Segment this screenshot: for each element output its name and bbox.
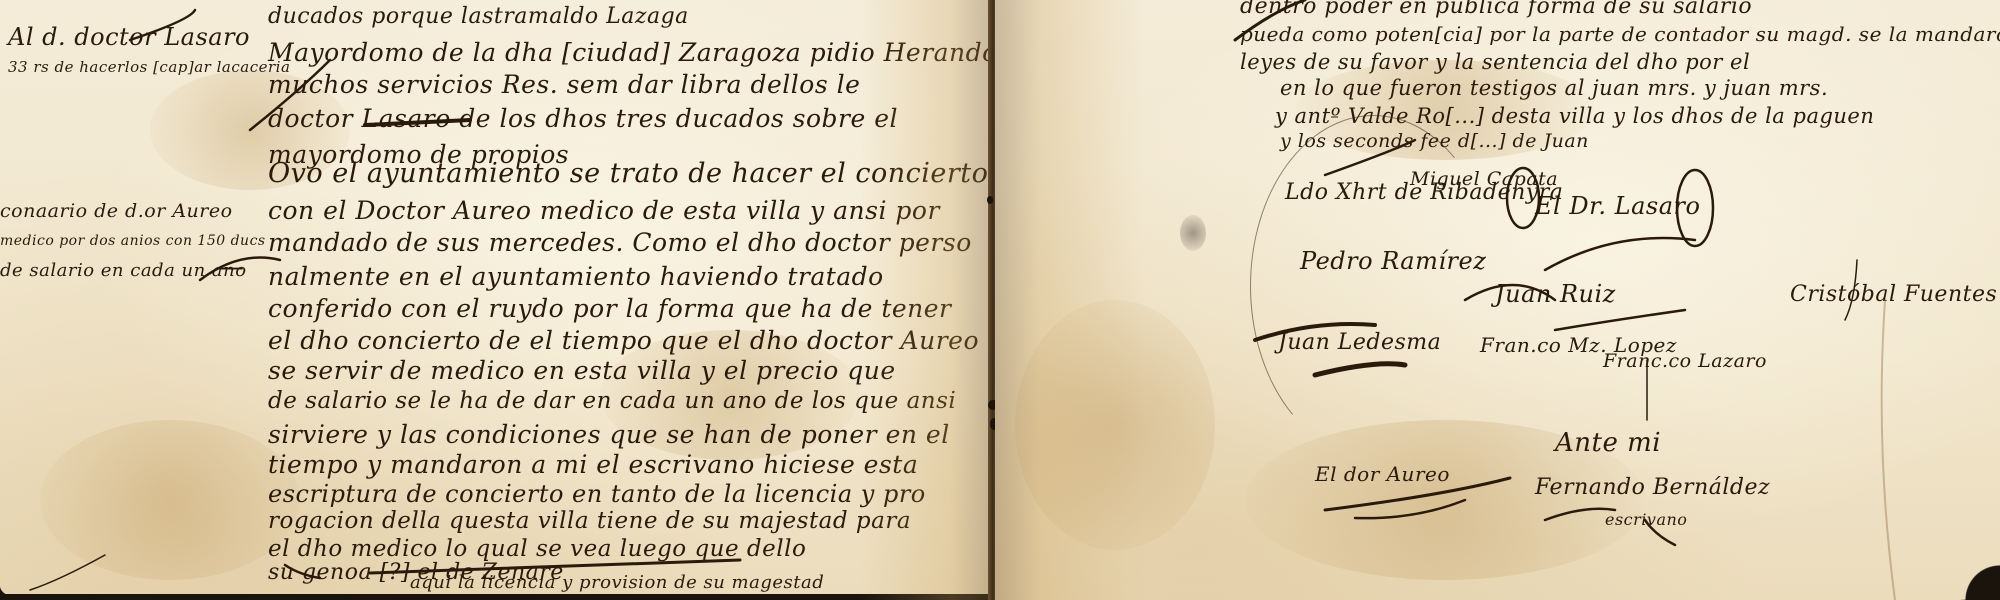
body-line: Ovo el ayuntamiento se trato de hacer el… — [268, 158, 988, 189]
margin-note-1: Al d. doctor Lasaro 33 rs de hacerlos [c… — [8, 22, 290, 82]
signature-title: escrivano — [1605, 510, 1687, 529]
signature: Pedro Ramírez — [1300, 247, 1486, 275]
circle-stroke — [1250, 115, 1497, 457]
manuscript-spread: Al d. doctor Lasaro 33 rs de hacerlos [c… — [0, 0, 2000, 600]
body-line: con el Doctor Aureo medico de esta villa… — [268, 196, 940, 225]
body-line: ducados porque lastramaldo Lazaga — [268, 4, 689, 29]
body-line: rogacion della questa villa tiene de su … — [268, 508, 911, 534]
body-line: pueda como poten[cia] por la parte de co… — [1240, 22, 2000, 46]
signature: Miguel Capata — [1410, 168, 1558, 190]
page-bottom-edge — [0, 594, 990, 600]
right-page: dentro poder en publica forma de su sala… — [995, 0, 2000, 600]
body-line: aqui la licencia y provision de su mages… — [410, 572, 824, 593]
body-line: se servir de medico en esta villa y el p… — [268, 356, 896, 385]
body-line: el dho medico lo qual se vea luego que d… — [268, 536, 806, 562]
margin-note-line: conaario de d.or Aureo — [0, 196, 266, 226]
left-page: Al d. doctor Lasaro 33 rs de hacerlos [c… — [0, 0, 990, 600]
body-line: tiempo y mandaron a mi el escrivano hici… — [268, 450, 918, 479]
body-line: el dho concierto de el tiempo que el dho… — [268, 326, 979, 355]
body-line: de salario se le ha de dar en cada un an… — [268, 388, 956, 414]
signature: El Dr. Lasaro — [1535, 192, 1700, 220]
margin-note-line: 33 rs de hacerlos [cap]ar lacaceria — [8, 52, 290, 82]
signature: Juan Ledesma — [1278, 330, 1441, 355]
signature: Cristóbal Fuentes — [1790, 282, 1997, 307]
body-line: doctor Lasaro de los dhos tres ducados s… — [268, 104, 898, 133]
smudge — [1180, 215, 1206, 251]
body-line: en lo que fueron testigos al juan mrs. y… — [1280, 76, 1828, 100]
signature: Fernando Bernáldez — [1535, 475, 1770, 500]
body-line: nalmente en el ayuntamiento haviendo tra… — [268, 262, 884, 291]
body-line: leyes de su favor y la sentencia del dho… — [1240, 50, 1750, 74]
signature: Franc.co Lazaro — [1603, 350, 1767, 372]
body-line: muchos servicios Res. sem dar libra dell… — [268, 70, 860, 99]
foxing-stain — [40, 420, 300, 580]
body-line: mandado de sus mercedes. Como el dho doc… — [268, 228, 972, 257]
body-line: sirviere y las condiciones que se han de… — [268, 420, 950, 449]
margin-dash: — — [216, 250, 245, 283]
ink-blot — [987, 196, 993, 204]
body-line: Mayordomo de la dha [ciudad] Zaragoza pi… — [268, 38, 998, 67]
page-corner-shadow — [1960, 560, 2000, 600]
signature: El dor Aureo — [1315, 462, 1450, 486]
signature: Ante mi — [1555, 428, 1661, 458]
margin-note-line: Al d. doctor Lasaro — [8, 22, 290, 52]
foxing-stain — [1015, 300, 1215, 550]
body-line: escriptura de concierto en tanto de la l… — [268, 480, 926, 508]
signature: Juan Ruiz — [1495, 280, 1616, 308]
body-line: conferido con el ruydo por la forma que … — [268, 294, 952, 323]
body-line: dentro poder en publica forma de su sala… — [1240, 0, 1752, 19]
